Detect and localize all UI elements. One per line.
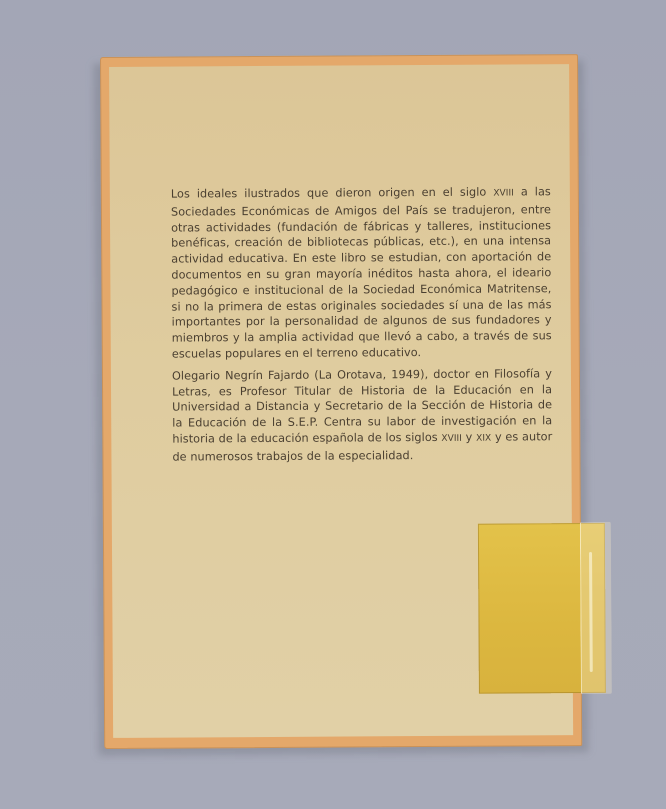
cover-panel: Los ideales ilustrados que dieron origen…	[109, 64, 573, 738]
synopsis-text-cont: a las Sociedades Económicas de Amigos de…	[171, 185, 552, 360]
tape-strip	[580, 522, 612, 694]
author-bio-paragraph: Olegario Negrín Fajardo (La Orotava, 194…	[172, 366, 553, 465]
century-numeral: XVIII	[493, 188, 514, 198]
synopsis-paragraph: Los ideales ilustrados que dieron origen…	[171, 184, 552, 362]
price-sticker	[478, 523, 606, 694]
book-back-cover: Los ideales ilustrados que dieron origen…	[100, 54, 582, 749]
conjunction: y	[462, 431, 476, 444]
synopsis-text: Los ideales ilustrados que dieron origen…	[171, 186, 494, 201]
century-numeral: XVIII	[441, 434, 462, 444]
century-numeral: XIX	[476, 434, 491, 444]
back-cover-text: Los ideales ilustrados que dieron origen…	[171, 184, 553, 471]
